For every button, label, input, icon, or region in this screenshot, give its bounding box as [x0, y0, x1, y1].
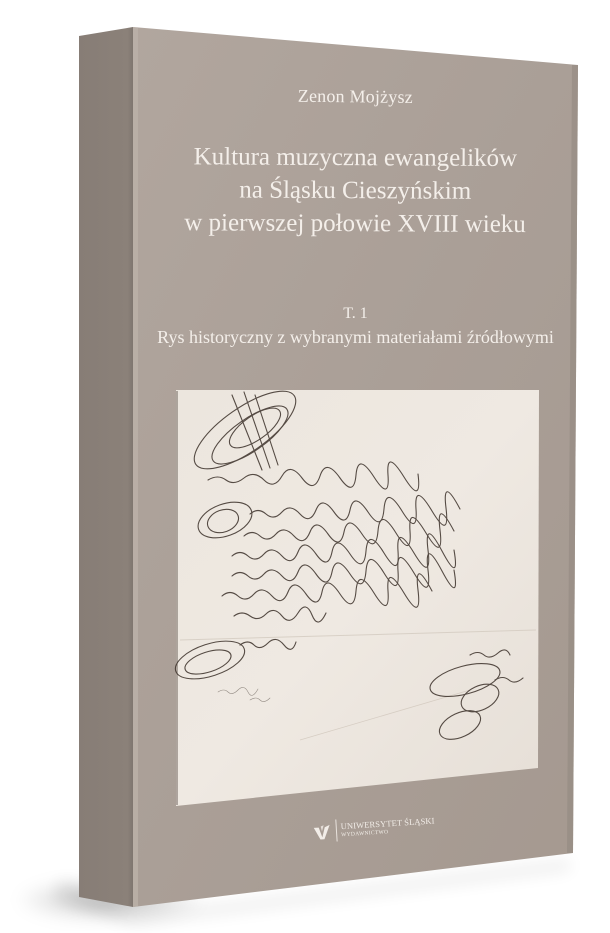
title-line-1: Kultura muzyczna ewangelików [133, 140, 578, 175]
title-line-2: na Śląsku Cieszyńskim [133, 173, 578, 208]
university-logo-icon [311, 821, 332, 842]
volume-label: T. 1 [133, 305, 578, 323]
book-mockup: Zenon Mojżysz Kultura muzyczna ewangelik… [0, 0, 610, 933]
book-title: Kultura muzyczna ewangelików na Śląsku C… [132, 140, 578, 241]
title-line-3: w pierwszej połowie XVIII wieku [132, 206, 577, 241]
book-subtitle: Rys historyczny z wybranymi materiałami … [133, 327, 578, 348]
publisher-divider [335, 819, 337, 841]
